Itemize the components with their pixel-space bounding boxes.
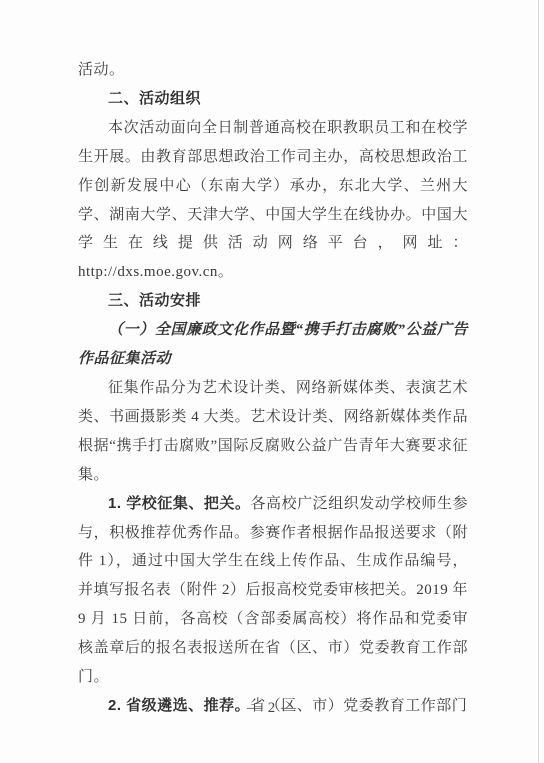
page-scan-edge (538, 0, 539, 763)
step-1-lead: 1. 学校征集、把关。 (108, 495, 251, 512)
paragraph-continuation: 活动。 (78, 56, 468, 85)
section-heading-3: 三、活动安排 (78, 287, 468, 316)
page-number: — 2 — (0, 700, 544, 717)
section-heading-2: 二、活动组织 (78, 85, 468, 114)
document-body: 活动。 二、活动组织 本次活动面向全日制普通高校在职教职员工和在校学生开展。由教… (78, 56, 468, 721)
scanned-document-page: 活动。 二、活动组织 本次活动面向全日制普通高校在职教职员工和在校学生开展。由教… (0, 0, 544, 763)
step-1-text: 各高校广泛组织发动学校师生参与，积极推荐优秀作品。参赛作者根据作品报送要求（附件… (78, 496, 468, 685)
subsection-1-paragraph: 征集作品分为艺术设计类、网络新媒体类、表演艺术类、书画摄影类 4 大类。艺术设计… (78, 374, 468, 490)
section-2-paragraph: 本次活动面向全日制普通高校在职教职员工和在校学生开展。由教育部思想政治工作司主办… (78, 114, 468, 287)
step-1-paragraph: 1. 学校征集、把关。各高校广泛组织发动学校师生参与，积极推荐优秀作品。参赛作者… (78, 490, 468, 692)
subsection-heading-1: （一）全国廉政文化作品暨“携手打击腐败”公益广告作品征集活动 (78, 316, 468, 374)
